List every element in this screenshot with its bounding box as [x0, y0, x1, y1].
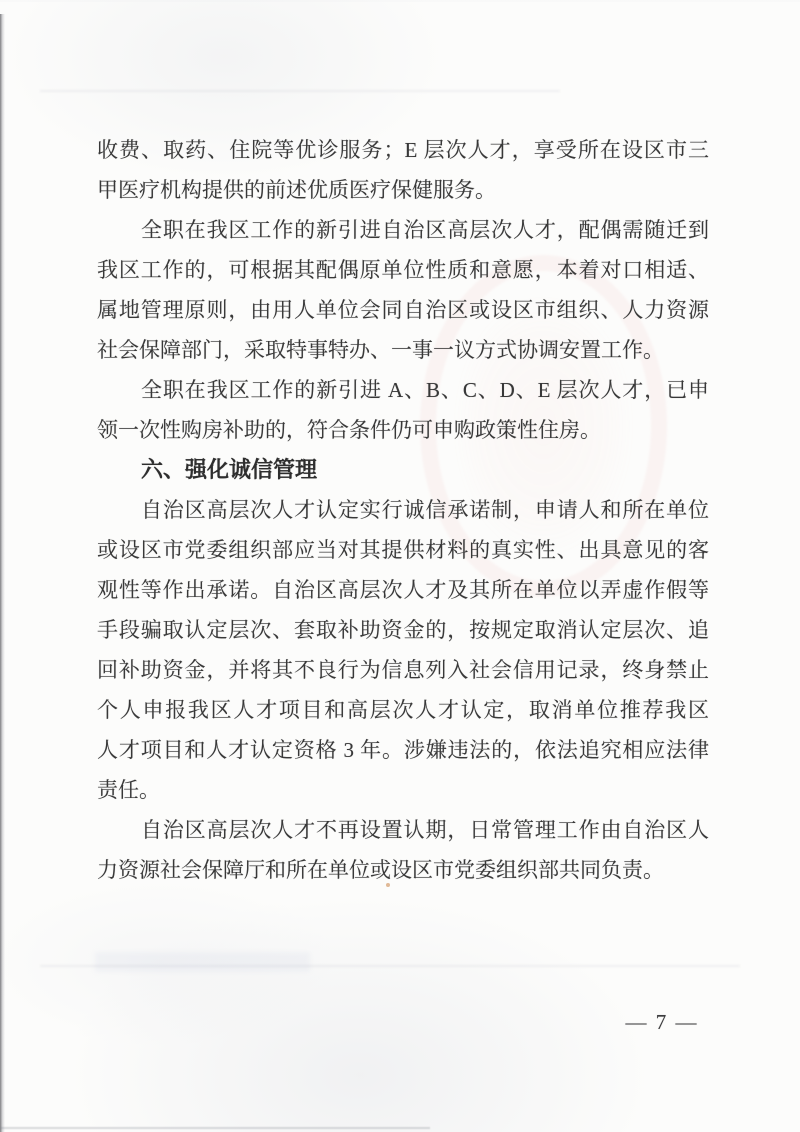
- text-line: 社会保障部门，采取特事特办、一事一议方式协调安置工作。: [97, 330, 709, 370]
- text-line: 或设区市党委组织部应当对其提供材料的真实性、出具意见的客: [97, 530, 709, 570]
- text-line: 领一次性购房补助的，符合条件仍可申购政策性住房。: [97, 410, 709, 450]
- scan-edge: [0, 14, 5, 1132]
- page-number: — 7 —: [612, 1007, 712, 1037]
- section-heading: 六、强化诚信管理: [97, 450, 709, 490]
- document-body: 收费、取药、住院等优诊服务；E 层次人才，享受所在设区市三甲医疗机构提供的前述优…: [97, 130, 709, 890]
- text-line: 收费、取药、住院等优诊服务；E 层次人才，享受所在设区市三: [97, 130, 709, 170]
- text-line: 自治区高层次人才认定实行诚信承诺制，申请人和所在单位: [97, 490, 709, 530]
- text-line: 力资源社会保障厅和所在单位或设区市党委组织部共同负责。: [97, 850, 709, 890]
- text-line: 我区工作的，可根据其配偶原单位性质和意愿，本着对口相适、: [97, 250, 709, 290]
- text-line: 甲医疗机构提供的前述优质医疗保健服务。: [97, 170, 709, 210]
- text-line: 全职在我区工作的新引进自治区高层次人才，配偶需随迁到: [97, 210, 709, 250]
- scan-edge-bottom: [0, 1127, 430, 1129]
- text-line: 全职在我区工作的新引进 A、B、C、D、E 层次人才，已申: [97, 370, 709, 410]
- text-line: 回补助资金，并将其不良行为信息列入社会信用记录，终身禁止: [97, 650, 709, 690]
- scan-streak: [40, 90, 560, 92]
- text-line: 观性等作出承诺。自治区高层次人才及其所在单位以弄虚作假等: [97, 570, 709, 610]
- text-line: 手段骗取认定层次、套取补助资金的，按规定取消认定层次、追: [97, 610, 709, 650]
- text-line: 自治区高层次人才不再设置认期，日常管理工作由自治区人: [97, 810, 709, 850]
- bleed-through-text: [95, 952, 310, 972]
- text-line: 人才项目和人才认定资格 3 年。涉嫌违法的，依法追究相应法律: [97, 730, 709, 770]
- text-line: 个人申报我区人才项目和高层次人才认定，取消单位推荐我区: [97, 690, 709, 730]
- scanned-document-page: { "colors": { "text": "#383838", "paper"…: [0, 0, 800, 1132]
- text-line: 属地管理原则，由用人单位会同自治区或设区市组织、人力资源: [97, 290, 709, 330]
- text-line: 责任。: [97, 770, 709, 810]
